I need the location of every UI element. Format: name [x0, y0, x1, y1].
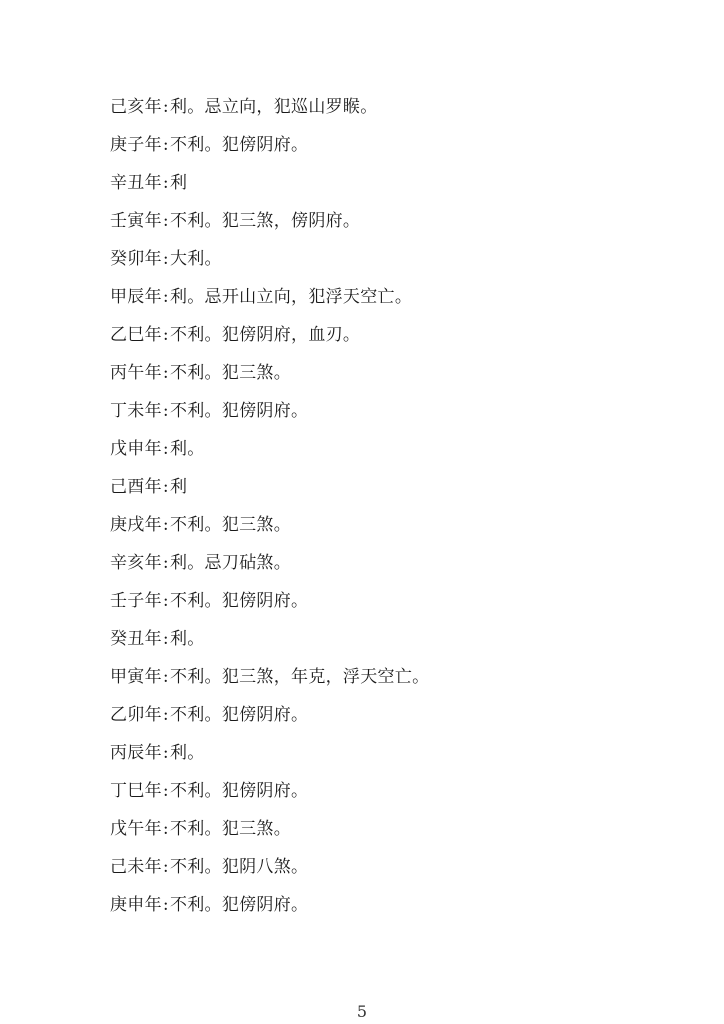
year-entry: 癸卯年:大利。 — [110, 245, 429, 283]
entry-text: 不利。犯三煞。 — [170, 515, 291, 535]
entry-separator: : — [163, 477, 169, 497]
entry-text: 不利。犯三煞，傍阴府。 — [170, 211, 360, 231]
year-entry: 甲辰年:利。忌开山立向，犯浮天空亡。 — [110, 283, 429, 321]
entry-year: 己酉年 — [110, 477, 162, 497]
entry-year: 丁巳年 — [110, 781, 162, 801]
year-entry: 己亥年:利。忌立向，犯巡山罗睺。 — [110, 93, 429, 131]
entry-text: 利。忌刀砧煞。 — [170, 553, 291, 573]
year-entry: 丙辰年:利。 — [110, 739, 429, 777]
entry-text: 利 — [170, 173, 187, 193]
entry-separator: : — [163, 97, 169, 117]
entry-year: 乙卯年 — [110, 705, 162, 725]
year-entry: 乙卯年:不利。犯傍阴府。 — [110, 701, 429, 739]
entry-text: 不利。犯傍阴府。 — [170, 705, 308, 725]
entry-text: 利。忌开山立向，犯浮天空亡。 — [170, 287, 412, 307]
entry-text: 不利。犯三煞。 — [170, 819, 291, 839]
entry-year: 癸卯年 — [110, 249, 162, 269]
entry-year: 丁未年 — [110, 401, 162, 421]
year-entry: 戊申年:利。 — [110, 435, 429, 473]
entry-separator: : — [163, 895, 169, 915]
entry-year: 壬寅年 — [110, 211, 162, 231]
year-entry: 庚子年:不利。犯傍阴府。 — [110, 131, 429, 169]
entry-separator: : — [163, 401, 169, 421]
entry-year: 戊申年 — [110, 439, 162, 459]
year-entry: 壬寅年:不利。犯三煞，傍阴府。 — [110, 207, 429, 245]
page-number: 5 — [0, 1002, 724, 1021]
entry-text: 大利。 — [170, 249, 222, 269]
year-entry: 辛丑年:利 — [110, 169, 429, 207]
entry-text: 利。 — [170, 743, 205, 763]
entry-year: 己亥年 — [110, 97, 162, 117]
entry-separator: : — [163, 515, 169, 535]
entry-text: 不利。犯三煞。 — [170, 363, 291, 383]
entry-year: 己未年 — [110, 857, 162, 877]
entry-text: 不利。犯三煞，年克，浮天空亡。 — [170, 667, 430, 687]
entry-separator: : — [163, 287, 169, 307]
entry-year: 庚子年 — [110, 135, 162, 155]
year-entry: 乙巳年:不利。犯傍阴府，血刃。 — [110, 321, 429, 359]
document-page: 己亥年:利。忌立向，犯巡山罗睺。 庚子年:不利。犯傍阴府。 辛丑年:利 壬寅年:… — [0, 0, 724, 1024]
entry-year: 辛丑年 — [110, 173, 162, 193]
year-entry: 丙午年:不利。犯三煞。 — [110, 359, 429, 397]
entry-year: 辛亥年 — [110, 553, 162, 573]
entry-separator: : — [163, 211, 169, 231]
entry-year: 乙巳年 — [110, 325, 162, 345]
year-entry: 辛亥年:利。忌刀砧煞。 — [110, 549, 429, 587]
entry-year: 甲寅年 — [110, 667, 162, 687]
entry-separator: : — [163, 439, 169, 459]
entry-separator: : — [163, 173, 169, 193]
entry-year: 壬子年 — [110, 591, 162, 611]
entry-text: 不利。犯傍阴府。 — [170, 895, 308, 915]
year-entry: 己酉年:利 — [110, 473, 429, 511]
entry-text: 不利。犯傍阴府。 — [170, 401, 308, 421]
entry-separator: : — [163, 857, 169, 877]
entry-separator: : — [163, 135, 169, 155]
entry-separator: : — [163, 629, 169, 649]
entry-text: 不利。犯阴八煞。 — [170, 857, 308, 877]
entry-year: 丙午年 — [110, 363, 162, 383]
entry-separator: : — [163, 363, 169, 383]
entry-separator: : — [163, 819, 169, 839]
entry-year: 戊午年 — [110, 819, 162, 839]
year-entry: 庚戌年:不利。犯三煞。 — [110, 511, 429, 549]
entry-text: 不利。犯傍阴府。 — [170, 135, 308, 155]
entry-separator: : — [163, 781, 169, 801]
entry-separator: : — [163, 325, 169, 345]
entry-text: 不利。犯傍阴府，血刃。 — [170, 325, 360, 345]
entry-text: 不利。犯傍阴府。 — [170, 591, 308, 611]
entry-year: 庚申年 — [110, 895, 162, 915]
year-entry: 丁巳年:不利。犯傍阴府。 — [110, 777, 429, 815]
entry-text: 利。 — [170, 439, 205, 459]
year-entry: 甲寅年:不利。犯三煞，年克，浮天空亡。 — [110, 663, 429, 701]
entry-text: 利 — [170, 477, 187, 497]
year-entry: 丁未年:不利。犯傍阴府。 — [110, 397, 429, 435]
year-entry: 癸丑年:利。 — [110, 625, 429, 663]
entry-separator: : — [163, 667, 169, 687]
entry-year: 丙辰年 — [110, 743, 162, 763]
entry-separator: : — [163, 249, 169, 269]
year-entry: 己未年:不利。犯阴八煞。 — [110, 853, 429, 891]
entry-separator: : — [163, 591, 169, 611]
entry-separator: : — [163, 705, 169, 725]
entry-year: 甲辰年 — [110, 287, 162, 307]
entry-year: 庚戌年 — [110, 515, 162, 535]
year-entry-list: 己亥年:利。忌立向，犯巡山罗睺。 庚子年:不利。犯傍阴府。 辛丑年:利 壬寅年:… — [110, 93, 429, 929]
entry-text: 不利。犯傍阴府。 — [170, 781, 308, 801]
entry-separator: : — [163, 743, 169, 763]
entry-separator: : — [163, 553, 169, 573]
entry-text: 利。 — [170, 629, 205, 649]
year-entry: 庚申年:不利。犯傍阴府。 — [110, 891, 429, 929]
year-entry: 戊午年:不利。犯三煞。 — [110, 815, 429, 853]
year-entry: 壬子年:不利。犯傍阴府。 — [110, 587, 429, 625]
entry-text: 利。忌立向，犯巡山罗睺。 — [170, 97, 378, 117]
entry-year: 癸丑年 — [110, 629, 162, 649]
